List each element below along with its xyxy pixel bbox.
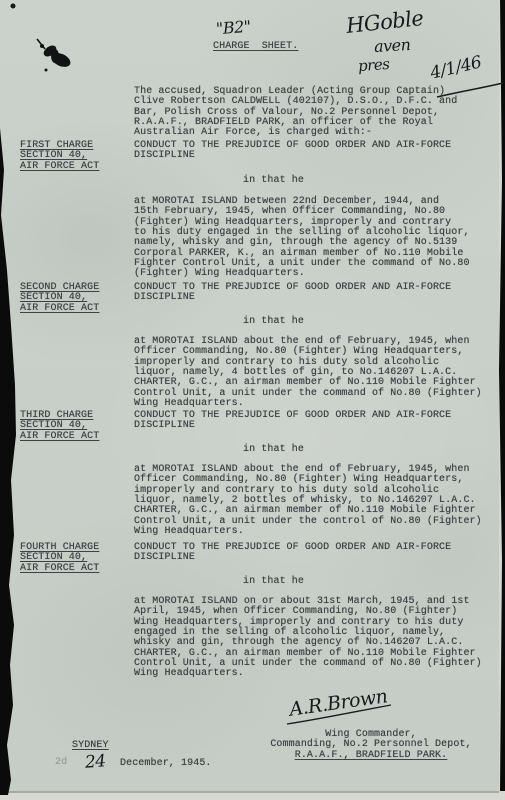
typed-date: December, 1945. bbox=[120, 759, 212, 769]
charge-sheet-document: "B2" HGoble aven pres 4/1/46 CHARGE SHEE… bbox=[0, 0, 499, 793]
handwritten-note-pres: pres bbox=[357, 55, 390, 75]
charge-link-phrase: in that he bbox=[243, 577, 304, 587]
page-title: CHARGE SHEET. bbox=[213, 42, 298, 52]
handwritten-note-aven: aven bbox=[374, 35, 411, 56]
charge-particulars: at MOROTAI ISLAND on or about 31st March… bbox=[134, 597, 482, 680]
handwritten-b2-annotation: "B2" bbox=[215, 17, 251, 38]
charge-offence: CONDUCT TO THE PREJUDICE OF GOOD ORDER A… bbox=[134, 141, 451, 162]
handwritten-date-annotation: 4/1/46 bbox=[428, 52, 483, 83]
right-scan-edge bbox=[498, 0, 505, 791]
accused-paragraph: The accused, Squadron Leader (Acting Gro… bbox=[134, 87, 457, 139]
faint-erased-mark: 2d bbox=[55, 758, 67, 768]
signatory-unit: R.A.A.F., BRADFIELD PARK. bbox=[265, 751, 477, 761]
handwritten-day: 24 bbox=[84, 751, 106, 772]
charge-particulars: at MOROTAI ISLAND about the end of Febru… bbox=[134, 337, 482, 409]
charge-link-phrase: in that he bbox=[243, 445, 304, 455]
charge-offence: CONDUCT TO THE PREJUDICE OF GOOD ORDER A… bbox=[134, 411, 451, 432]
charge-label: SECOND CHARGE SECTION 40, AIR FORCE ACT bbox=[20, 283, 99, 314]
charge-offence: CONDUCT TO THE PREJUDICE OF GOOD ORDER A… bbox=[134, 283, 451, 304]
charge-offence: CONDUCT TO THE PREJUDICE OF GOOD ORDER A… bbox=[134, 543, 451, 564]
charge-particulars: at MOROTAI ISLAND between 22nd December,… bbox=[134, 197, 470, 280]
charge-label: FOURTH CHARGE SECTION 40, AIR FORCE ACT bbox=[20, 543, 99, 574]
charge-particulars: at MOROTAI ISLAND about the end of Febru… bbox=[134, 465, 482, 537]
charge-link-phrase: in that he bbox=[243, 317, 304, 327]
charge-link-phrase: in that he bbox=[243, 176, 304, 186]
handwritten-signature-brown: A.R.Brown bbox=[288, 685, 389, 721]
charge-label: THIRD CHARGE SECTION 40, AIR FORCE ACT bbox=[20, 411, 99, 442]
signatory-block: Wing Commander, Commanding, No.2 Personn… bbox=[265, 730, 477, 761]
place-line: SYDNEY bbox=[72, 741, 109, 751]
charge-label: FIRST CHARGE SECTION 40, AIR FORCE ACT bbox=[20, 141, 99, 172]
handwritten-signature-goble: HGoble bbox=[345, 6, 424, 38]
